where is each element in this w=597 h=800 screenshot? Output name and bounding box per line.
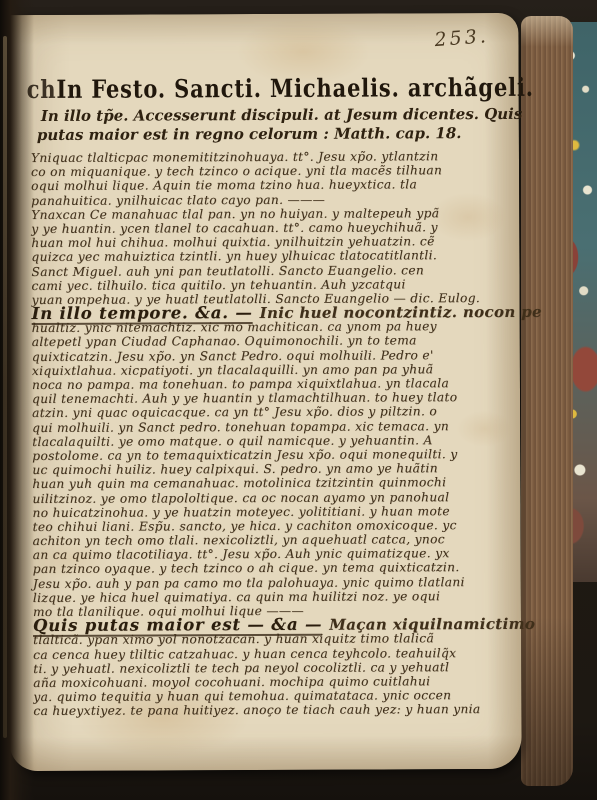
body-line: postolome. ca yn to temaquixticatzin Jes… [32, 447, 514, 463]
book-fore-edge-pages [521, 16, 573, 786]
body-line: qui molhuili. yn Sanct pedro. tonehuan t… [32, 418, 514, 434]
body-line: In illo tempore. &a. —Inic huel nocontzi… [32, 305, 514, 321]
body-line: Quis putas maior est — &a —Maçan xiquiln… [33, 617, 515, 633]
incipit-line: In illo tp̃e. Accesserunt discipuli. at … [41, 105, 513, 126]
body-line: pan tzinco oyaque. y tech tzinco o ah ci… [33, 560, 515, 576]
latin-incipit: In illo tp̃e. Accesserunt discipuli. at … [41, 105, 513, 145]
body-line: ca hueyxtiyez. te pana huitiyez. anoço t… [33, 702, 515, 718]
book-photograph: 253. chIn Festo. Sancti. Michaelis. arch… [0, 0, 597, 800]
sermon-body: Yniquac tlalticpac monemititzinohuaya. t… [31, 149, 515, 719]
text-column: chIn Festo. Sancti. Michaelis. archãgeli… [30, 27, 515, 719]
body-line: Jesu xp̃o. auh y pan pa camo mo tla palo… [33, 575, 515, 591]
binding-page-sliver [3, 36, 7, 738]
body-line: co on miquanique. y tech tzinco o acique… [31, 163, 513, 179]
incipit-line: putas maior est in regno celorum : Matth… [37, 124, 513, 145]
body-line: ti. y yehuatl. nexicoliztli te tech pa n… [33, 660, 515, 676]
body-line: quil tenemachti. Auh y ye huantin y tlam… [32, 390, 514, 406]
manuscript-page: 253. chIn Festo. Sancti. Michaelis. arch… [6, 13, 521, 771]
feast-title-text: In Festo. Sancti. Michaelis. archãgeli. [56, 73, 534, 104]
body-line: huan yuh quin ma cemanahuac. motolinica … [32, 475, 514, 491]
page-title: chIn Festo. Sancti. Michaelis. archãgeli… [27, 73, 435, 104]
